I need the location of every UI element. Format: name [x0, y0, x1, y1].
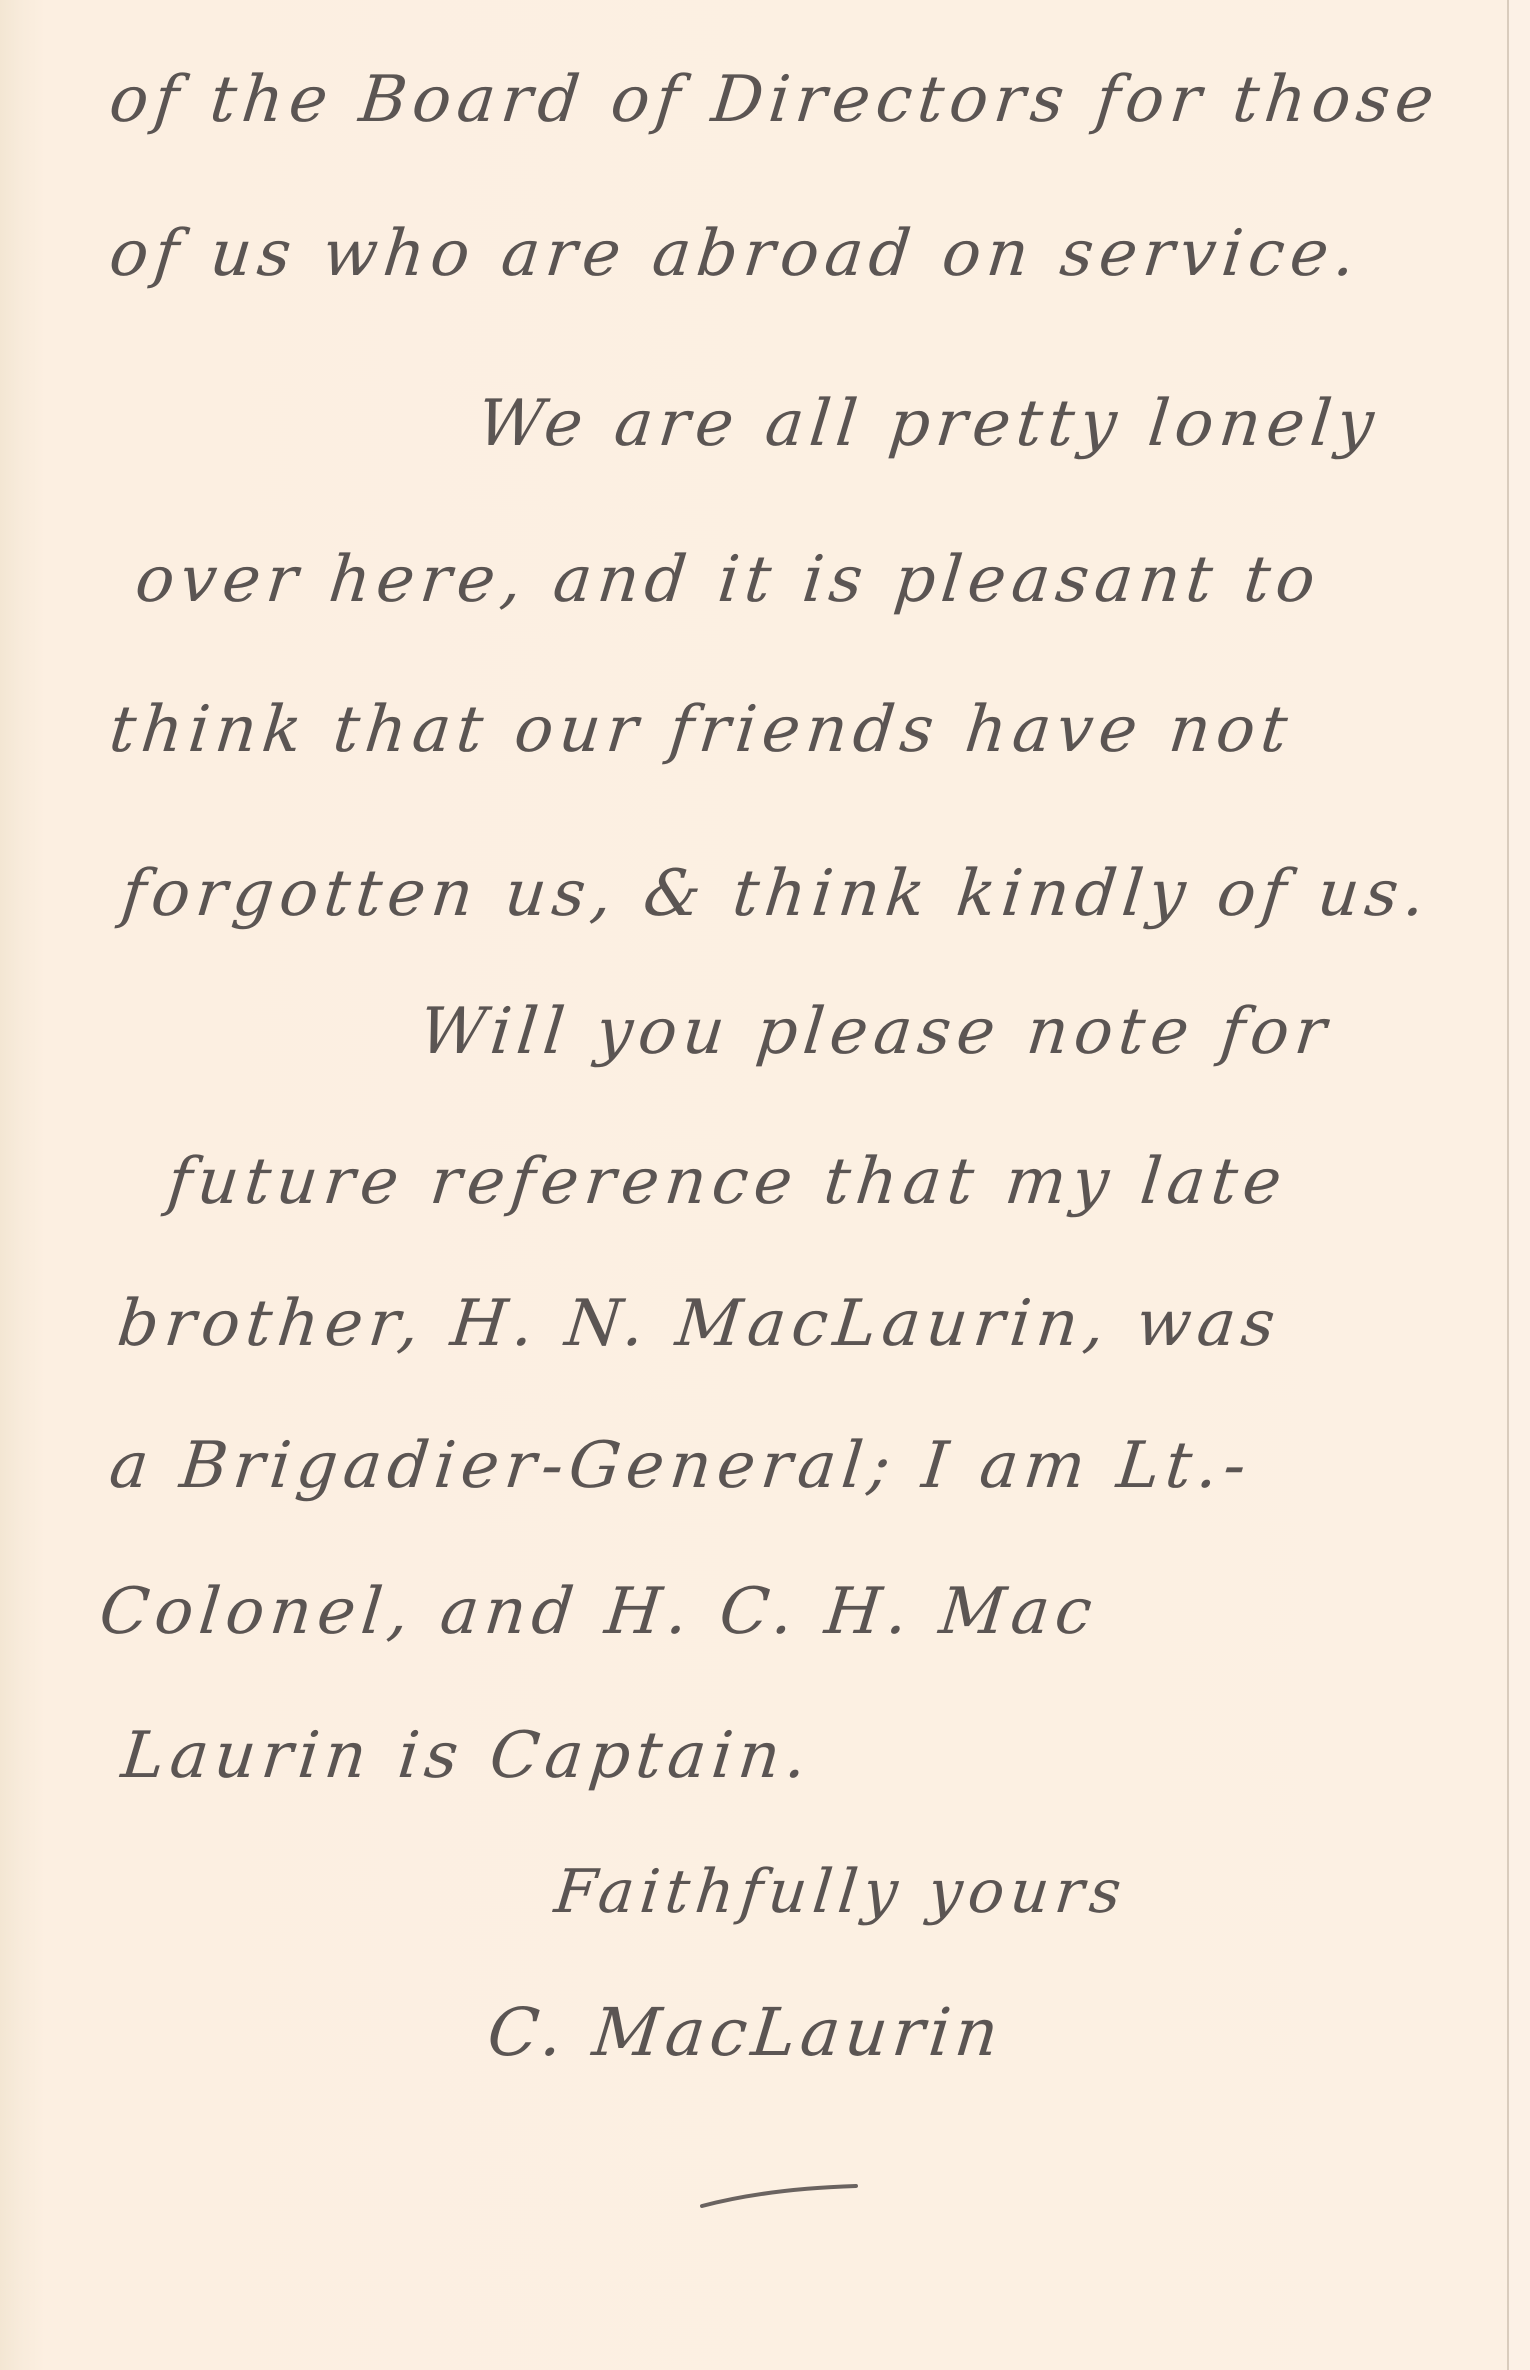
signature: C. MacLaurin: [485, 2000, 1007, 2066]
letter-line-4: over here, and it is pleasant to: [133, 548, 1324, 612]
letter-line-2: of us who are abroad on service.: [107, 222, 1364, 286]
closing-salutation: Faithfully yours: [552, 1862, 1130, 1922]
letter-line-11: Colonel, and H. C. H. Mac: [97, 1580, 1101, 1644]
letter-page: of the Board of Directors for those of u…: [0, 0, 1508, 2370]
letter-line-7: Will you please note for: [417, 1000, 1335, 1064]
letter-line-5: think that our friends have not: [107, 698, 1297, 762]
letter-line-12: Laurin is Captain.: [119, 1724, 816, 1788]
signature-flourish-icon: [700, 2182, 860, 2212]
letter-line-6: forgotten us, & think kindly of us.: [119, 862, 1434, 926]
letter-line-9: brother, H. N. MacLaurin, was: [115, 1292, 1284, 1356]
letter-line-3: We are all pretty lonely: [475, 392, 1383, 456]
adjacent-page-strip: [1509, 0, 1530, 2370]
letter-line-10: a Brigadier-General; I am Lt.-: [107, 1434, 1255, 1498]
letter-line-8: future reference that my late: [165, 1150, 1291, 1214]
letter-line-1: of the Board of Directors for those: [107, 68, 1443, 132]
